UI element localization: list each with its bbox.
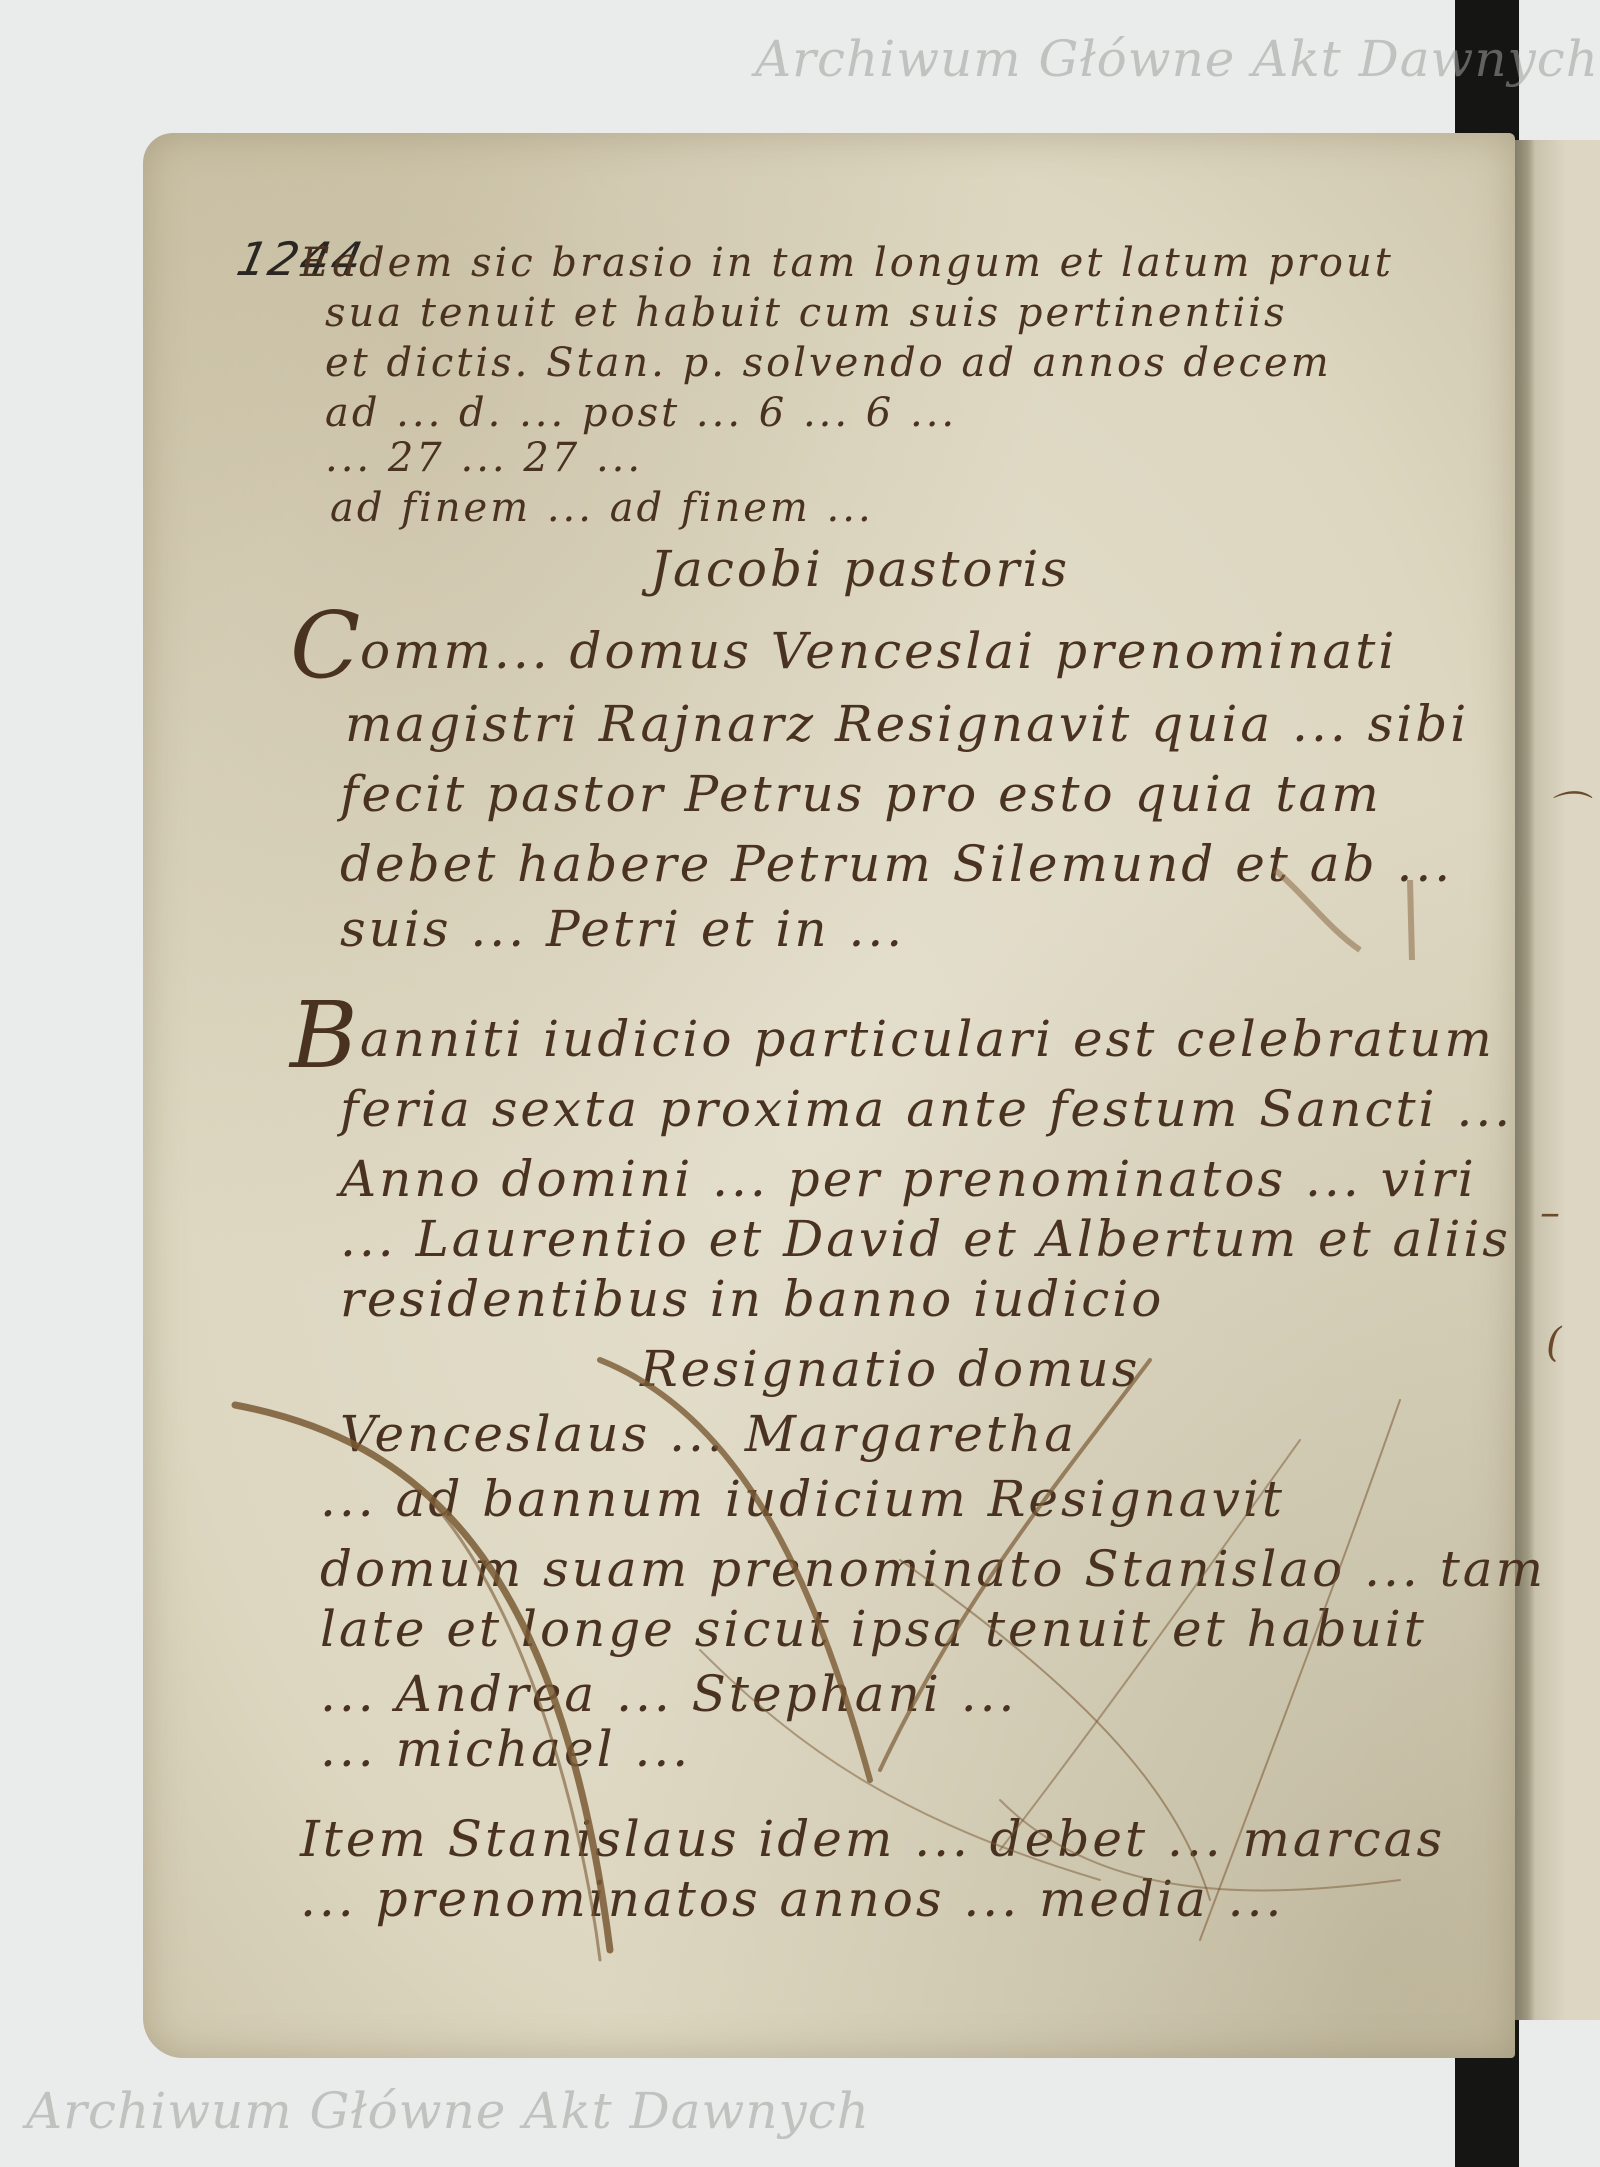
text-line: fecit pastor Petrus pro esto quia tam: [340, 765, 1382, 823]
text-line: Anno domini ... per prenominatos ... vir…: [340, 1150, 1477, 1208]
text-line: ... prenominatos annos ... media ...: [300, 1870, 1284, 1928]
text-line: ... 27 ... 27 ...: [325, 435, 643, 481]
text-line: late et longe sicut ipsa tenuit et habui…: [320, 1600, 1427, 1658]
text-line: ad ... d. ... post ... 6 ... 6 ...: [325, 390, 957, 436]
text-line: ... michael ...: [320, 1720, 691, 1778]
entry-heading: Resignatio domus: [640, 1340, 1140, 1398]
text-line: ... ad bannum iudicium Resignavit: [320, 1470, 1285, 1528]
text-line: domum suam prenominato Stanislao ... tam: [320, 1540, 1546, 1598]
text-line: Item Stanislaus idem ... debet ... marca…: [300, 1810, 1445, 1868]
text-line: et dictis. Stan. p. solvendo ad annos de…: [325, 340, 1332, 386]
text-line: ... Laurentio et David et Albertum et al…: [340, 1210, 1511, 1268]
text-line: Eadem sic brasio in tam longum et latum …: [300, 240, 1394, 286]
text-line: feria sexta proxima ante festum Sancti .…: [340, 1080, 1513, 1138]
text-line: ... Andrea ... Stephani ...: [320, 1665, 1017, 1723]
decorated-initial: B: [290, 990, 361, 1082]
entry-heading: Jacobi pastoris: [650, 540, 1070, 598]
text-line: suis ... Petri et in ...: [340, 900, 905, 958]
text-line: debet habere Petrum Silemund et ab ...: [340, 835, 1453, 893]
text-line: residentibus in banno iudicio: [340, 1270, 1164, 1328]
text-line: Venceslaus ... Margaretha: [340, 1405, 1077, 1463]
text-line: sua tenuit et habuit cum suis pertinenti…: [325, 290, 1288, 336]
decorated-initial: C: [290, 600, 363, 692]
text-line: omm... domus Venceslai prenominati: [360, 622, 1397, 680]
manuscript-text: Eadem sic brasio in tam longum et latum …: [0, 0, 1600, 2167]
text-line: ad finem ... ad finem ...: [330, 485, 874, 531]
text-line: magistri Rajnarz Resignavit quia ... sib…: [345, 695, 1469, 753]
text-line: anniti iudicio particulari est celebratu…: [360, 1010, 1495, 1068]
